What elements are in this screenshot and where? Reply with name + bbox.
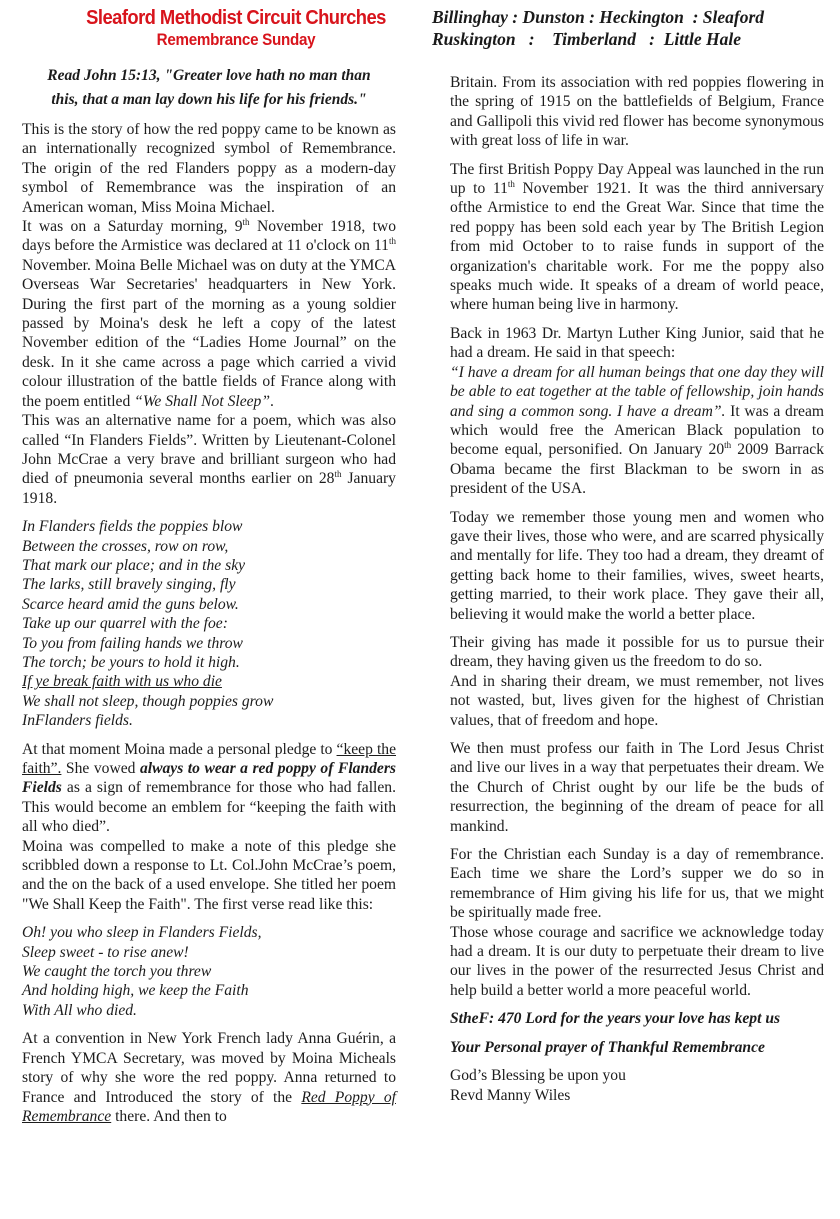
poem-line: The larks, still bravely singing, fly (22, 575, 396, 594)
poem-line: Take up our quarrel with the foe: (22, 614, 396, 633)
church-list: Billinghay : Dunston : Heckington : Slea… (432, 6, 832, 50)
poem-line: That mark our place; and in the sky (22, 556, 396, 575)
remember-paragraph: Today we remember those young men and wo… (450, 508, 824, 624)
poem-line: And holding high, we keep the Faith (22, 981, 396, 1000)
poem-line: To you from failing hands we throw (22, 634, 396, 653)
signature: Revd Manny Wiles (450, 1087, 570, 1104)
poem-line: Scarce heard amid the guns below. (22, 595, 396, 614)
in-flanders-fields-poem: In Flanders fields the poppies blow Betw… (22, 517, 396, 730)
right-column: Britain. From its association with red p… (450, 73, 824, 1105)
church-list-line-1: Billinghay : Dunston : Heckington : Slea… (432, 7, 764, 27)
poem-line: With All who died. (22, 1001, 396, 1020)
scripture-reading: Read John 15:13, "Greater love hath no m… (22, 64, 396, 112)
poem-line: If ye break faith with us who die (22, 672, 396, 691)
scripture-line-2: this, that a man lay down his life for h… (26, 88, 392, 112)
sunday-paragraph: For the Christian each Sunday is a day o… (450, 845, 824, 1000)
occasion-subtitle: Remembrance Sunday (19, 30, 453, 50)
hymn-line: StheF: 470 Lord for the years your love … (450, 1009, 824, 1028)
poem-line: Between the crosses, row on row, (22, 537, 396, 556)
moina-story-paragraph: It was on a Saturday morning, 9th Novemb… (22, 217, 396, 411)
we-shall-keep-the-faith-poem: Oh! you who sleep in Flanders Fields, Sl… (22, 923, 396, 1020)
poem-line: InFlanders fields. (22, 711, 396, 730)
giving-paragraph: Their giving has made it possible for us… (450, 633, 824, 730)
poem-line: The torch; be yours to hold it high. (22, 653, 396, 672)
intro-paragraph: This is the story of how the red poppy c… (22, 120, 396, 217)
poem-line: In Flanders fields the poppies blow (22, 517, 396, 536)
response-poem-paragraph: Moina was compelled to make a note of th… (22, 837, 396, 915)
left-column: Read John 15:13, "Greater love hath no m… (22, 64, 396, 1126)
mlk-paragraph: Back in 1963 Dr. Martyn Luther King Juni… (450, 324, 824, 499)
poem-line: Oh! you who sleep in Flanders Fields, (22, 923, 396, 942)
scripture-line-1: Read John 15:13, "Greater love hath no m… (26, 64, 392, 88)
newsletter-header: Sleaford Methodist Circuit Churches Reme… (0, 6, 472, 50)
poem-line: Sleep sweet - to rise anew! (22, 943, 396, 962)
anna-guerin-paragraph: At a convention in New York French lady … (22, 1029, 396, 1126)
poem-line: We caught the torch you threw (22, 962, 396, 981)
mccrae-paragraph: This was an alternative name for a poem,… (22, 411, 396, 508)
faith-paragraph: We then must profess our faith in The Lo… (450, 739, 824, 836)
blessing: God’s Blessing be upon you (450, 1067, 626, 1084)
closing-block: God’s Blessing be upon youRevd Manny Wil… (450, 1066, 824, 1105)
circuit-title: Sleaford Methodist Circuit Churches (19, 6, 453, 30)
prayer-heading: Your Personal prayer of Thankful Remembr… (450, 1038, 824, 1057)
church-list-line-2: Ruskington : Timberland : Little Hale (432, 29, 741, 49)
pledge-paragraph: At that moment Moina made a personal ple… (22, 740, 396, 837)
poem-line: We shall not sleep, though poppies grow (22, 692, 396, 711)
poppy-appeal-paragraph: The first British Poppy Day Appeal was l… (450, 160, 824, 315)
britain-paragraph: Britain. From its association with red p… (450, 73, 824, 151)
